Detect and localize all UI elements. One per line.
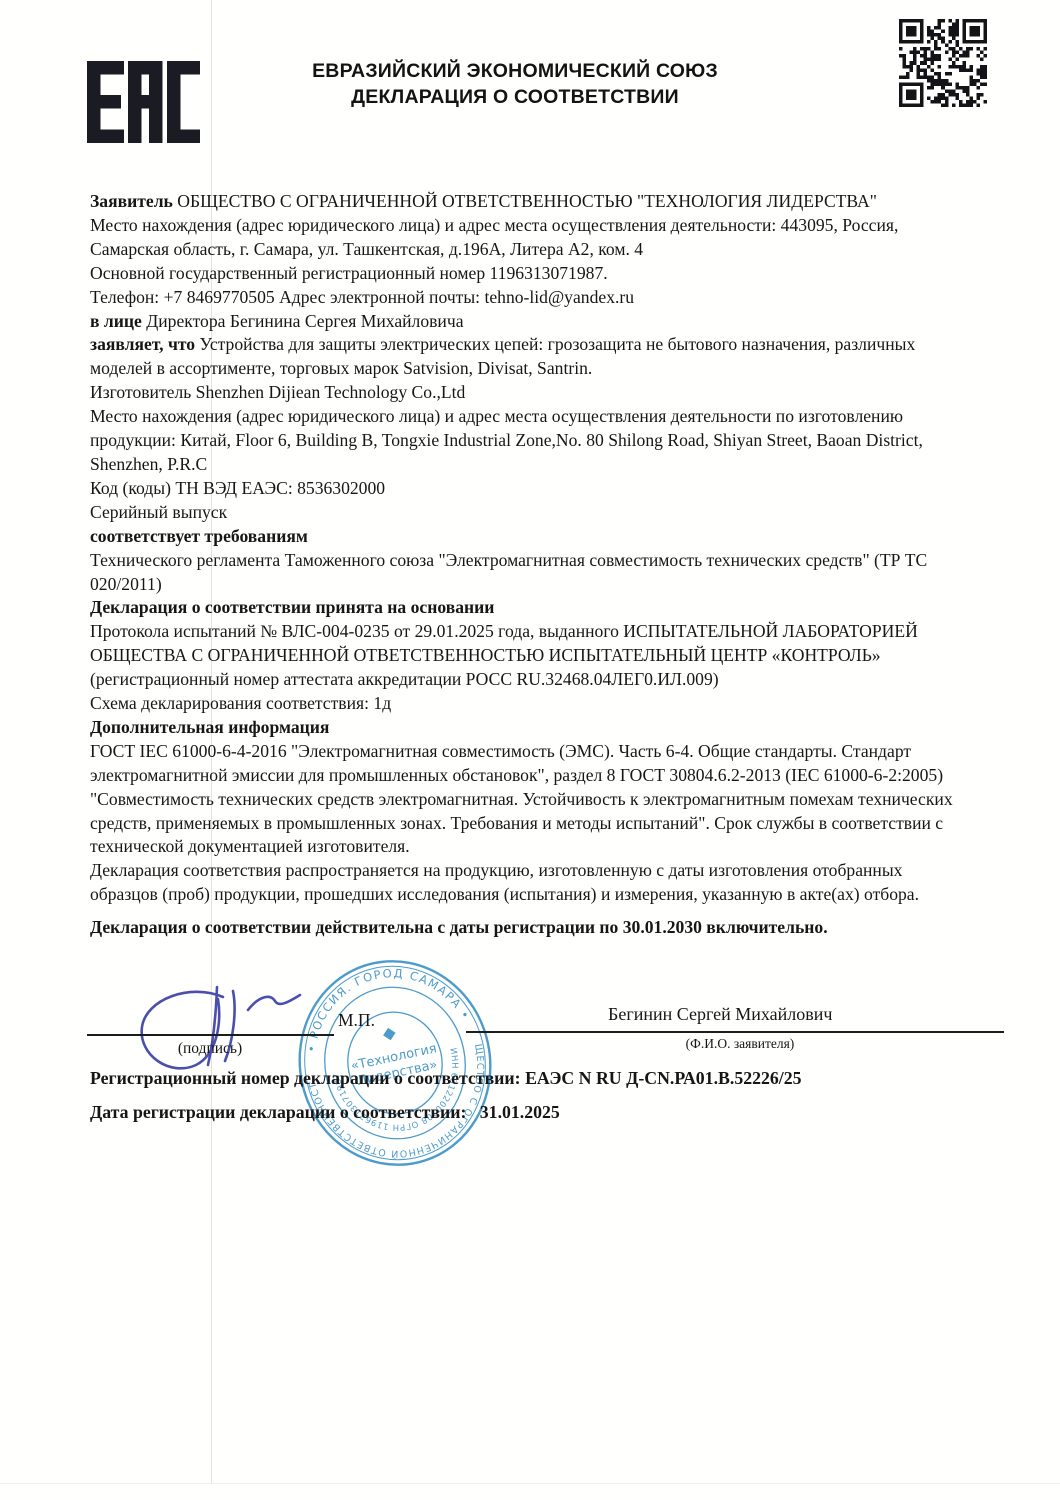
paragraph: Декларация о соответствии действительна … <box>90 916 974 940</box>
text-run: Декларация соответствия распространяется… <box>90 860 919 904</box>
paragraph: Место нахождения (адрес юридического лиц… <box>90 405 974 477</box>
text-run: Заявитель <box>90 191 177 211</box>
text-run: соответствует требованиям <box>90 526 308 546</box>
paragraph: Технического регламента Таможенного союз… <box>90 549 974 597</box>
stamp-inner-ring-text: ИНН 6312200308 ОГРН 1196313071987 <box>332 1047 472 1144</box>
registration-number-value: ЕАЭС N RU Д-CN.РА01.В.52226/25 <box>525 1068 801 1088</box>
company-stamp: • РОССИЯ. ГОРОД САМАРА • ОБЩЕСТВО С ОГРА… <box>293 953 497 1173</box>
declaration-document-page: ЕВРАЗИЙСКИЙ ЭКОНОМИЧЕСКИЙ СОЮЗ ДЕКЛАРАЦИ… <box>0 0 1060 1500</box>
paragraph: Код (коды) ТН ВЭД ЕАЭС: 8536302000 <box>90 477 974 501</box>
stamp-place-label: М.П. <box>338 1010 375 1031</box>
paragraph: Декларация о соответствии принята на осн… <box>90 596 974 620</box>
title-line-1: ЕВРАЗИЙСКИЙ ЭКОНОМИЧЕСКИЙ СОЮЗ <box>230 58 800 84</box>
registration-number-line: Регистрационный номер декларации о соотв… <box>90 1068 802 1089</box>
paragraph: Место нахождения (адрес юридического лиц… <box>90 214 974 262</box>
text-run: Технического регламента Таможенного союз… <box>90 550 927 594</box>
text-run: Код (коды) ТН ВЭД ЕАЭС: 8536302000 <box>90 478 385 498</box>
stamp-outer-bottom-text: ОБЩЕСТВО С ОГРАНИЧЕННОЙ ОТВЕТСТВЕННОСТЬЮ <box>293 953 497 1173</box>
text-run: Декларация о соответствии действительна … <box>90 917 828 937</box>
text-run: Телефон: +7 8469770505 Адрес электронной… <box>90 287 634 307</box>
text-run: Схема декларирования соответствия: 1д <box>90 693 391 713</box>
paragraph: ГОСТ IEC 61000-6-4-2016 "Электромагнитна… <box>90 740 974 860</box>
title-line-2: ДЕКЛАРАЦИЯ О СООТВЕТСТВИИ <box>230 84 800 110</box>
signature-caption: (подпись) <box>150 1040 270 1058</box>
paragraph: соответствует требованиям <box>90 525 974 549</box>
text-run: Директора Бегинина Сергея Михайловича <box>146 311 463 331</box>
text-run: Место нахождения (адрес юридического лиц… <box>90 406 923 474</box>
paragraph: Телефон: +7 8469770505 Адрес электронной… <box>90 286 974 310</box>
stamp-center-icon <box>383 1028 395 1040</box>
svg-text:ИНН 6312200308 ОГРН 119631307: ИНН 6312200308 ОГРН 1196313071987 <box>332 1047 472 1144</box>
registration-date-line: Дата регистрации декларации о соответств… <box>90 1102 560 1123</box>
text-run: ГОСТ IEC 61000-6-4-2016 "Электромагнитна… <box>90 741 953 857</box>
text-run: Протокола испытаний № ВЛС-004-0235 от 29… <box>90 621 918 689</box>
svg-text:ОБЩЕСТВО С ОГРАНИЧЕННОЙ ОТВЕТС: ОБЩЕСТВО С ОГРАНИЧЕННОЙ ОТВЕТСТВЕННОСТЬЮ <box>293 953 497 1173</box>
paragraph: заявляет, что Устройства для защиты элек… <box>90 333 974 381</box>
applicant-name: Бегинин Сергей Михайлович <box>608 1004 832 1025</box>
svg-text:• РОССИЯ. ГОРОД САМАРА •: • РОССИЯ. ГОРОД САМАРА • <box>293 953 474 1056</box>
paragraph: Изготовитель Shenzhen Dijiean Technology… <box>90 381 974 405</box>
paragraph: Серийный выпуск <box>90 501 974 525</box>
text-run: Декларация о соответствии принята на осн… <box>90 597 494 617</box>
registration-number-label: Регистрационный номер декларации о соотв… <box>90 1068 521 1088</box>
applicant-name-caption: (Ф.И.О. заявителя) <box>650 1036 830 1052</box>
text-run: в лице <box>90 311 146 331</box>
stamp-outer-top-text: • РОССИЯ. ГОРОД САМАРА • <box>293 953 474 1056</box>
text-run: ОБЩЕСТВО С ОГРАНИЧЕННОЙ ОТВЕТСТВЕННОСТЬЮ… <box>177 191 877 211</box>
text-run: заявляет, что <box>90 334 200 354</box>
qr-code <box>899 19 987 107</box>
paragraph: Дополнительная информация <box>90 716 974 740</box>
text-run: Место нахождения (адрес юридического лиц… <box>90 215 898 259</box>
scan-edge-line <box>0 1483 1060 1484</box>
paragraph: в лице Директора Бегинина Сергея Михайло… <box>90 310 974 334</box>
applicant-name-line <box>466 1031 1004 1033</box>
paragraph: Основной государственный регистрационный… <box>90 262 974 286</box>
document-paragraphs: Заявитель ОБЩЕСТВО С ОГРАНИЧЕННОЙ ОТВЕТС… <box>90 190 974 940</box>
registration-date-value: 31.01.2025 <box>480 1102 560 1122</box>
text-run: Основной государственный регистрационный… <box>90 263 608 283</box>
document-title: ЕВРАЗИЙСКИЙ ЭКОНОМИЧЕСКИЙ СОЮЗ ДЕКЛАРАЦИ… <box>230 58 800 110</box>
paragraph: Протокола испытаний № ВЛС-004-0235 от 29… <box>90 620 974 692</box>
text-run: Дополнительная информация <box>90 717 329 737</box>
registration-date-label: Дата регистрации декларации о соответств… <box>90 1102 466 1122</box>
paragraph: Схема декларирования соответствия: 1д <box>90 692 974 716</box>
eac-mark-icon <box>87 61 200 143</box>
text-run: Устройства для защиты электрических цепе… <box>90 334 915 378</box>
text-run: Изготовитель Shenzhen Dijiean Technology… <box>90 382 465 402</box>
paragraph: Декларация соответствия распространяется… <box>90 859 974 907</box>
text-run: Серийный выпуск <box>90 502 227 522</box>
paragraph: Заявитель ОБЩЕСТВО С ОГРАНИЧЕННОЙ ОТВЕТС… <box>90 190 974 214</box>
